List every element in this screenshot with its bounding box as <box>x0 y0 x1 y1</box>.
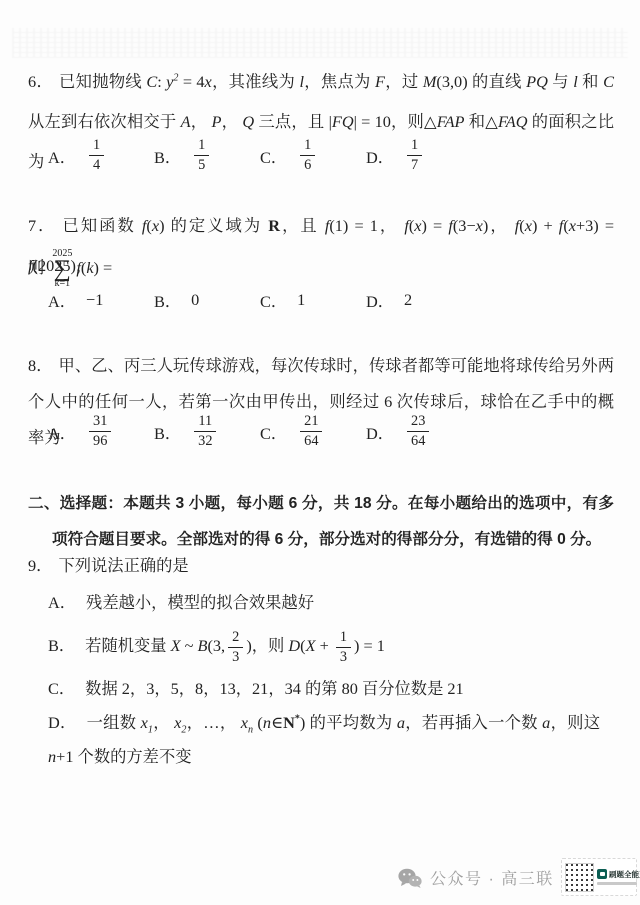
option-value: 2364 <box>404 414 432 449</box>
qr-code <box>565 863 594 892</box>
question-7-stem-line2: 则 2025∑k=1f(k) = <box>28 248 614 289</box>
option-label: B． <box>154 144 191 168</box>
option-label: D． <box>366 144 404 168</box>
question-6-option-c: C．16 <box>260 138 366 173</box>
option-value: 15 <box>191 138 212 173</box>
question-8-option-b: B．1132 <box>154 414 260 449</box>
question-7-option-c: C．1 <box>260 288 366 312</box>
wechat-account-label: 公众号 · 高三联 <box>430 866 554 889</box>
option-value: 2164 <box>297 414 325 449</box>
option-value: 1132 <box>191 414 219 449</box>
option-value: −1 <box>86 290 103 310</box>
option-value: 0 <box>191 290 199 310</box>
question-7-option-b: B．0 <box>154 288 260 312</box>
question-9-stem: 9．下列说法正确的是 <box>28 548 614 584</box>
option-label: C． <box>260 420 297 444</box>
option-value: 17 <box>404 138 425 173</box>
question-6-options: A．14 B．15 C．16 D．17 <box>48 138 472 173</box>
question-9-option-d: D．一组数 x1， x2，…， xn (n∈N*) 的平均数为 a，若再插入一个… <box>48 706 600 774</box>
option-label: A． <box>48 288 86 312</box>
question-6-number: 6． <box>28 72 59 91</box>
option-text: 残差越小，模型的拟合效果越好 <box>86 593 314 612</box>
question-9-options: A．残差越小，模型的拟合效果越好 B．若随机变量 X ~ B(3,23)，则 D… <box>48 586 600 774</box>
option-label: C． <box>260 144 297 168</box>
question-9-option-b: B．若随机变量 X ~ B(3,23)，则 D(X + 13) = 1 <box>48 620 600 672</box>
page-bleedthrough-texture <box>12 28 628 58</box>
option-label: B． <box>48 636 85 655</box>
option-text: 数据 2，3，5，8，13，21，34 的第 80 百分位数是 21 <box>85 679 464 698</box>
question-7-option-a: A．−1 <box>48 288 154 312</box>
question-9-text: 下列说法正确的是 <box>58 556 188 575</box>
option-label: D． <box>48 713 87 732</box>
question-8-option-c: C．2164 <box>260 414 366 449</box>
question-6-option-a: A．14 <box>48 138 154 173</box>
exam-paper-page: 6．已知抛物线 C: y2 = 4x，其准线为 l，焦点为 F，过 M(3,0)… <box>0 0 640 905</box>
question-8-options: A．3196 B．1132 C．2164 D．2364 <box>48 414 472 449</box>
question-8-option-d: D．2364 <box>366 414 472 449</box>
question-7-options: A．−1 B．0 C．1 D．2 <box>48 288 472 312</box>
option-label: D． <box>366 288 404 312</box>
app-promo-badge: 刷题全能王 <box>561 858 637 896</box>
question-8-number: 8． <box>28 356 59 375</box>
question-6-option-b: B．15 <box>154 138 260 173</box>
badge-text-column: 刷题全能王 <box>597 869 633 886</box>
question-8-option-a: A．3196 <box>48 414 154 449</box>
question-7-sum-expression: 则 2025∑k=1f(k) = <box>28 248 614 289</box>
question-7-option-d: D．2 <box>366 288 472 312</box>
option-label: C． <box>260 288 297 312</box>
question-9: 9．下列说法正确的是 <box>28 548 614 584</box>
option-value: 16 <box>297 138 318 173</box>
question-9-number: 9． <box>28 556 58 575</box>
footer-watermark: 公众号 · 高三联 <box>398 866 554 889</box>
wechat-icon <box>398 868 422 888</box>
badge-title: 刷题全能王 <box>609 869 640 880</box>
question-6-option-d: D．17 <box>366 138 472 173</box>
option-label: A． <box>48 420 86 444</box>
question-9-option-c: C．数据 2，3，5，8，13，21，34 的第 80 百分位数是 21 <box>48 672 600 706</box>
badge-title-row: 刷题全能王 <box>597 869 633 880</box>
question-9-option-a: A．残差越小，模型的拟合效果越好 <box>48 586 600 620</box>
option-label: D． <box>366 420 404 444</box>
option-value: 14 <box>86 138 107 173</box>
option-label: A． <box>48 144 86 168</box>
option-value: 2 <box>404 290 412 310</box>
app-logo-icon <box>597 869 607 879</box>
question-7-number: 7． <box>28 216 63 235</box>
option-label: A． <box>48 593 86 612</box>
option-text: 一组数 x1， x2，…， xn (n∈N*) 的平均数为 a，若再插入一个数 … <box>48 713 600 766</box>
option-value: 1 <box>297 290 305 310</box>
option-label: C． <box>48 679 85 698</box>
badge-subtitle-bar <box>597 882 637 886</box>
option-text: 若随机变量 X ~ B(3,23)，则 D(X + 13) = 1 <box>85 636 385 655</box>
option-label: B． <box>154 420 191 444</box>
option-value: 3196 <box>86 414 114 449</box>
option-label: B． <box>154 288 191 312</box>
